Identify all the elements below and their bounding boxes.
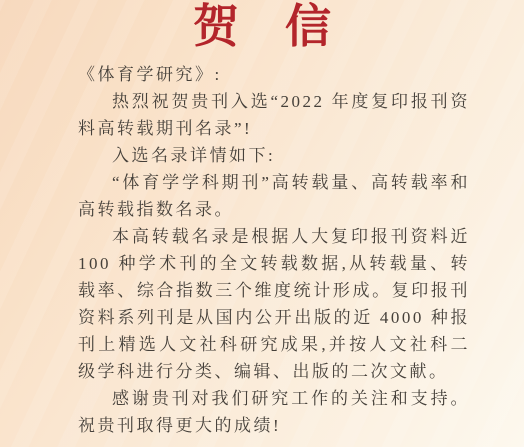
letter-paragraph: 感谢贵刊对我们研究工作的关注和支持。祝贵刊取得更大的成绩! <box>78 385 470 439</box>
letter-title: 贺 信 <box>0 0 524 52</box>
letter-paragraph: 热烈祝贺贵刊入选“2022 年度复印报刊资料高转载期刊名录”! <box>78 88 470 142</box>
letter-recipient: 《体育学研究》: <box>78 61 470 88</box>
letter-paragraph: “体育学学科期刊”高转载量、高转载率和高转载指数名录。 <box>78 169 470 223</box>
letter-paragraph: 本高转载名录是根据人大复印报刊资料近 100 种学术刊的全文转载数据,从转载量、… <box>78 223 470 385</box>
letter-paragraph: 入选名录详情如下: <box>78 142 470 169</box>
congratulation-letter-page: 贺 信 《体育学研究》: 热烈祝贺贵刊入选“2022 年度复印报刊资料高转载期刊… <box>0 0 524 447</box>
letter-body: 《体育学研究》: 热烈祝贺贵刊入选“2022 年度复印报刊资料高转载期刊名录”!… <box>78 61 470 439</box>
